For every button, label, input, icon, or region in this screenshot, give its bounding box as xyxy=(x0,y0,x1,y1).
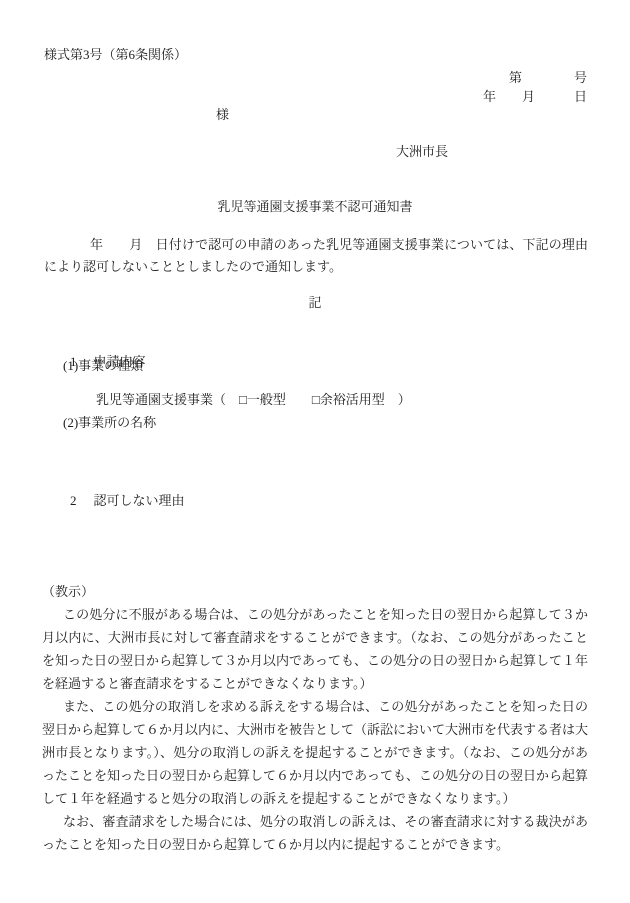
document-page: 様式第3号（第6条関係） 第 号 年 月 日 様 大洲市長 乳児等通園支援事業不… xyxy=(0,0,630,903)
legal-notice-section: （教示） この処分に不服がある場合は、この処分があったことを知った日の翌日から起… xyxy=(42,580,588,856)
form-number-label: 様式第3号（第6条関係） xyxy=(44,47,187,62)
legal-notice-paragraph-review-request: この処分に不服がある場合は、この処分があったことを知った日の翌日から起算して３か… xyxy=(42,603,588,695)
section2-number: 2 xyxy=(70,493,77,508)
legal-notice-paragraph-after-ruling: なお、審査請求をした場合には、処分の取消しの訴えは、その審査請求に対する裁決があ… xyxy=(42,810,588,856)
addressee-honorific: 様 xyxy=(216,107,229,122)
date-line: 年 月 日 xyxy=(483,89,587,104)
section2-heading: 2認可しない理由 xyxy=(57,478,185,523)
section2-heading-label: 認可しない理由 xyxy=(94,493,185,508)
document-number-line: 第 号 xyxy=(509,70,587,85)
business-name-text: 乳児等通園支援事業（ xyxy=(96,392,226,407)
legal-notice-heading: （教示） xyxy=(42,580,588,603)
checkbox-spare-capacity-type[interactable]: □余裕活用型 xyxy=(312,392,385,407)
business-type-item-label: (1)事業の種類 xyxy=(63,358,143,373)
legal-notice-paragraph-revocation-suit: また、この処分の取消しを求める訴えをする場合は、この処分があったことを知った日の… xyxy=(42,695,588,810)
business-type-close-paren: ） xyxy=(398,392,411,407)
issuer-name: 大洲市長 xyxy=(396,144,448,159)
record-marker: 記 xyxy=(0,295,630,310)
checkbox-general-type[interactable]: □一般型 xyxy=(239,392,286,407)
document-title: 乳児等通園支援事業不認可通知書 xyxy=(0,199,630,214)
business-office-name-label: (2)事業所の名称 xyxy=(63,415,156,430)
intro-paragraph: 年 月 日付けで認可の申請のあった乳児等通園支援事業については、下記の理由により… xyxy=(44,234,588,278)
